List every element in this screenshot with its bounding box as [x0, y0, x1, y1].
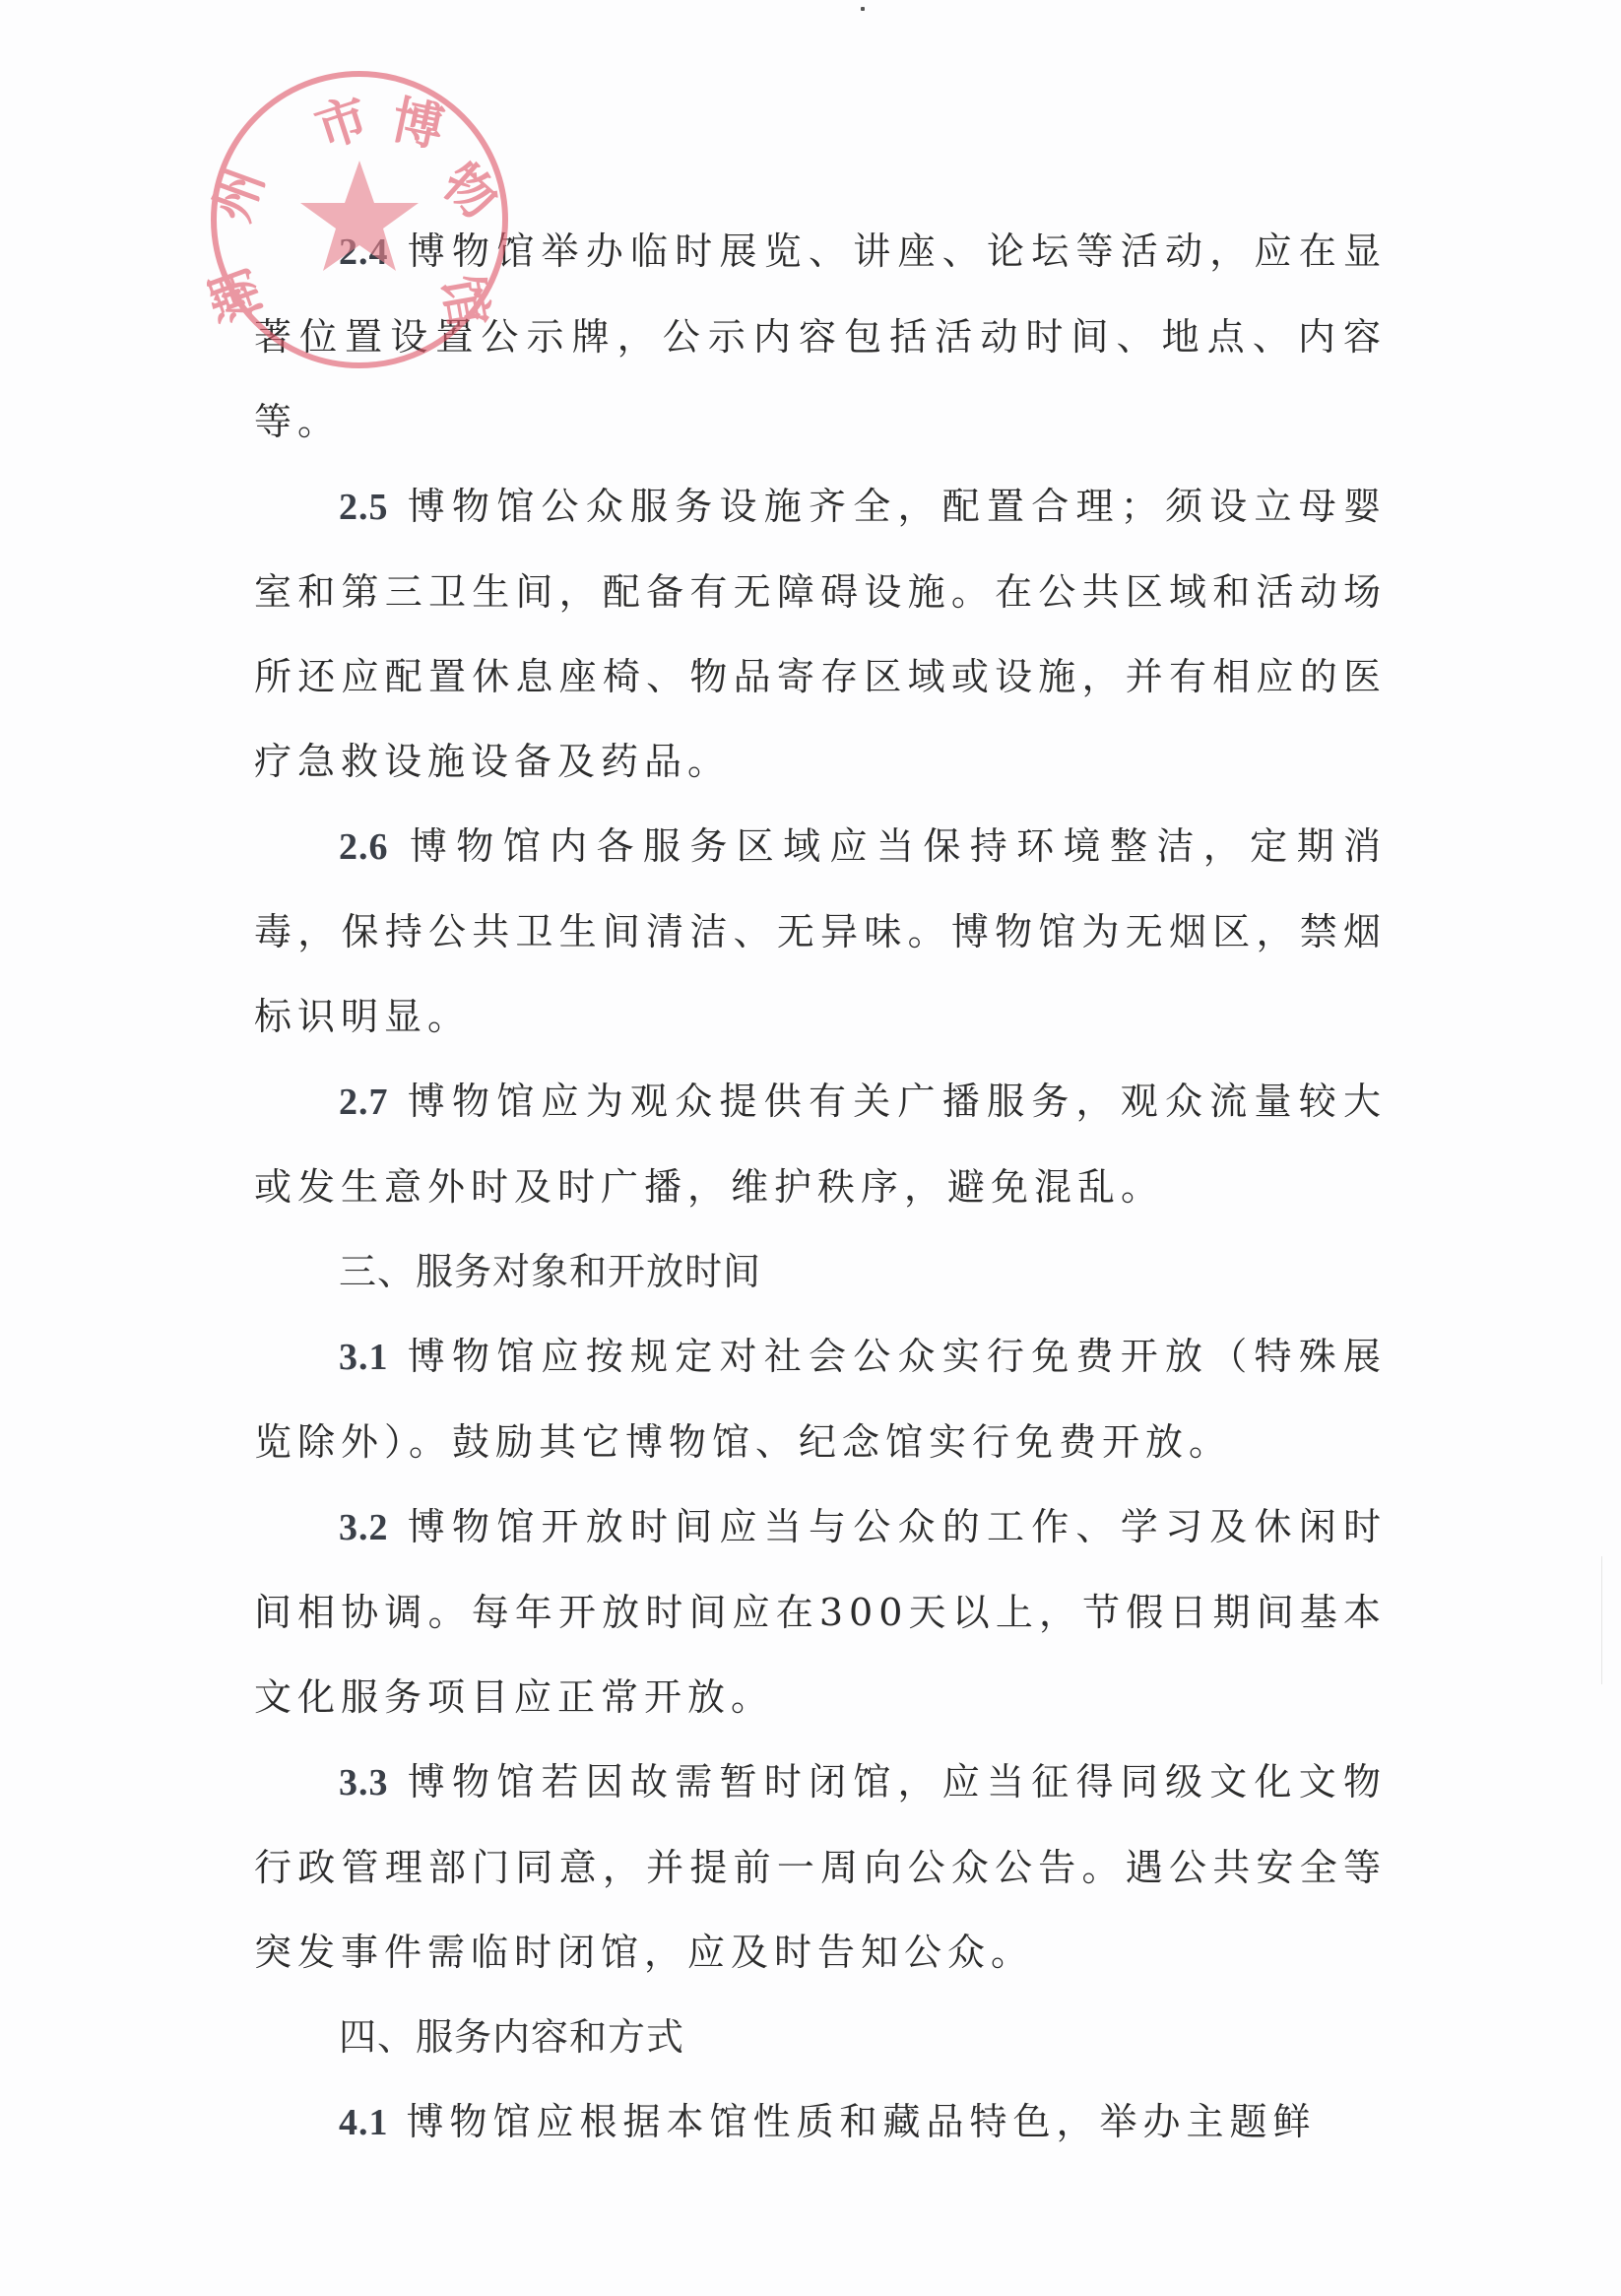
seal-char: 市 [308, 87, 375, 160]
seal-char: 博 [386, 90, 449, 159]
clause-3-1: 3.1博物馆应按规定对社会公众实行免费开放（特殊展览除外）。鼓励其它博物馆、纪念… [254, 1314, 1387, 1484]
clause-number: 3.1 [339, 1337, 389, 1378]
clause-text: 博物馆若因故需暂时闭馆，应当征得同级文化文物行政管理部门同意，并提前一周向公众公… [254, 1760, 1387, 1974]
clause-2-5: 2.5博物馆公众服务设施齐全，配置合理；须设立母婴室和第三卫生间，配备有无障碍设… [254, 464, 1387, 804]
clause-2-6: 2.6博物馆内各服务区域应当保持环境整洁，定期消毒，保持公共卫生间清洁、无异味。… [254, 804, 1387, 1059]
clause-2-4: 2.4博物馆举办临时展览、讲座、论坛等活动，应在显著位置设置公示牌，公示内容包括… [254, 209, 1387, 464]
clause-text: 博物馆应为观众提供有关广播服务，观众流量较大或发生意外时及时广播，维护秩序，避免… [254, 1080, 1387, 1209]
clause-text: 博物馆内各服务区域应当保持环境整洁，定期消毒，保持公共卫生间清洁、无异味。博物馆… [254, 824, 1387, 1038]
clause-number: 2.5 [339, 487, 389, 528]
clause-number: 2.6 [339, 826, 389, 868]
section-heading-4: 四、服务内容和方式 [254, 1995, 1387, 2079]
clause-3-3: 3.3博物馆若因故需暂时闭馆，应当征得同级文化文物行政管理部门同意，并提前一周向… [254, 1739, 1387, 1995]
clause-text: 博物馆应根据本馆性质和藏品特色，举办主题鲜 [407, 2100, 1317, 2143]
scan-mark [861, 7, 865, 11]
clause-number: 4.1 [339, 2102, 389, 2143]
clause-3-2: 3.2博物馆开放时间应当与公众的工作、学习及休闲时间相协调。每年开放时间应在30… [254, 1484, 1387, 1739]
clause-number: 3.2 [339, 1507, 389, 1548]
clause-4-1: 4.1博物馆应根据本馆性质和藏品特色，举办主题鲜 [254, 2079, 1387, 2165]
clause-text: 博物馆举办临时展览、讲座、论坛等活动，应在显著位置设置公示牌，公示内容包括活动时… [254, 230, 1387, 443]
document-body: 2.4博物馆举办临时展览、讲座、论坛等活动，应在显著位置设置公示牌，公示内容包括… [254, 209, 1387, 2165]
clause-number: 2.7 [339, 1082, 389, 1123]
section-heading-3: 三、服务对象和开放时间 [254, 1229, 1387, 1314]
clause-number: 3.3 [339, 1762, 389, 1804]
clause-text: 博物馆应按规定对社会公众实行免费开放（特殊展览除外）。鼓励其它博物馆、纪念馆实行… [254, 1335, 1387, 1464]
clause-number: 2.4 [339, 231, 389, 273]
scan-edge-mark [1601, 1556, 1602, 1684]
clause-text: 博物馆开放时间应当与公众的工作、学习及休闲时间相协调。每年开放时间应在300天以… [254, 1505, 1387, 1719]
document-page: 2.4博物馆举办临时展览、讲座、论坛等活动，应在显著位置设置公示牌，公示内容包括… [0, 0, 1621, 2296]
clause-2-7: 2.7博物馆应为观众提供有关广播服务，观众流量较大或发生意外时及时广播，维护秩序… [254, 1059, 1387, 1229]
clause-text: 博物馆公众服务设施齐全，配置合理；须设立母婴室和第三卫生间，配备有无障碍设施。在… [254, 485, 1387, 783]
